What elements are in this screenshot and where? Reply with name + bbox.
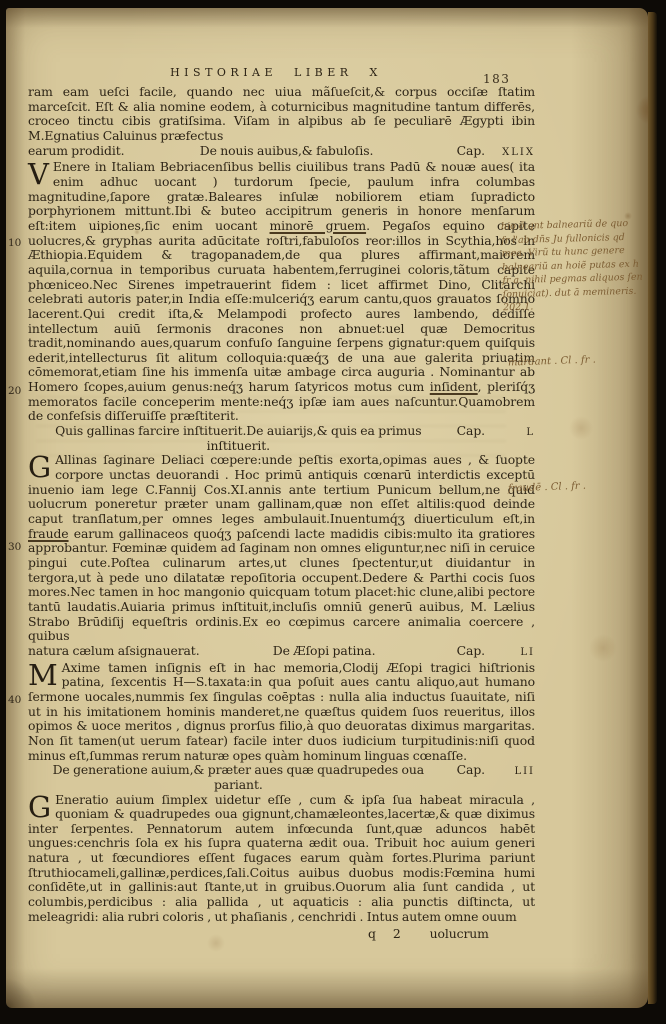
- text-run: ram eam ueſci facile, quando nec uiua mã…: [28, 84, 535, 143]
- text-run: Eneratio auium ſimplex uidetur eſſe , cu…: [28, 792, 535, 924]
- text-run: earum gallinaceos quoq́ʒ paſcendi lacte …: [28, 526, 535, 644]
- drop-cap-initial: G: [28, 453, 55, 481]
- book-fore-edge: [648, 12, 657, 1004]
- chapter-title: Quis gallinas farcire inſtituerit.De aui…: [28, 424, 449, 453]
- marginalia-note-insident: mârdant . Cl . fr .: [508, 354, 596, 368]
- marginalia-note-fraude: fraudē . Cl . fr .: [508, 481, 586, 495]
- chapter-number: L: [499, 426, 535, 441]
- paragraph: ram eam ueſci facile, quando nec uiua mã…: [28, 85, 535, 144]
- chapter-heading-row: natura cælum aſsignauerat.De Æſopi patin…: [28, 644, 535, 661]
- text-run: . Pegaſos equino capite uolucres,& gryph…: [28, 218, 535, 394]
- chapter-cap-label: Cap.: [457, 144, 485, 159]
- paragraph: VEnere in Italiam Bebriacenſibus bellis …: [28, 160, 535, 424]
- underlined-phrase: fraude: [28, 526, 69, 541]
- chapter-heading-row: earum prodidit.De nouis auibus,& fabuloſ…: [28, 144, 535, 161]
- margin-line-number-10: 10: [8, 237, 25, 249]
- chapter-title: De nouis auibus,& fabuloſis.: [124, 144, 448, 159]
- chapter-heading-row: Quis gallinas farcire inſtituerit.De aui…: [28, 424, 535, 453]
- margin-line-number-40: 40: [8, 694, 25, 706]
- chapter-title: De generatione auium,& præter aues quæ q…: [28, 763, 449, 792]
- chapter-heading-row: De generatione auium,& præter aues quæ q…: [28, 763, 535, 792]
- chapter-cap-label: Cap.: [457, 763, 485, 778]
- margin-line-number-20: 20: [8, 385, 25, 397]
- marginalia-note-long: hio ō qnt balneariũ de quo fr l'ab dñs J…: [501, 216, 648, 315]
- signature-mark: q: [368, 927, 376, 942]
- paragraph: MAxime tamen inſignis eſt in hac memoria…: [28, 661, 535, 764]
- paragraph: GAllinas ſaginare Deliaci cœpere:unde pe…: [28, 453, 535, 644]
- paragraph: GEneratio auium ſimplex uidetur eſſe , c…: [28, 793, 535, 925]
- underlined-phrase: minorē gruem: [270, 218, 367, 233]
- signature-row: q2uolucrum: [28, 927, 535, 942]
- drop-cap-initial: V: [28, 160, 53, 188]
- margin-line-number-30: 30: [8, 541, 25, 553]
- chapter-number: LII: [499, 765, 535, 780]
- drop-cap-initial: M: [28, 661, 62, 689]
- paragraph-end-fragment: natura cælum aſsignauerat.: [28, 644, 200, 659]
- text-run: Allinas ſaginare Deliaci cœpere:unde peſ…: [28, 452, 535, 526]
- paragraph-end-fragment: earum prodidit.: [28, 144, 124, 159]
- chapter-title: De Æſopi patina.: [200, 644, 449, 659]
- book-page: HISTORIAE LIBER X 183 10 20 30 40 ram ea…: [6, 8, 648, 1008]
- signature-number: 2: [393, 927, 401, 942]
- chapter-cap-label: Cap.: [457, 644, 485, 659]
- drop-cap-initial: G: [28, 793, 55, 821]
- underlined-phrase: inſident: [430, 379, 478, 394]
- text-body: ram eam ueſci facile, quando nec uiua mã…: [28, 85, 535, 942]
- chapter-number: LI: [499, 646, 535, 661]
- chapter-cap-label: Cap.: [457, 424, 485, 439]
- photo-background: HISTORIAE LIBER X 183 10 20 30 40 ram ea…: [0, 0, 666, 1024]
- text-run: Axime tamen inſignis eſt in hac memoria,…: [28, 660, 535, 763]
- catchword: uolucrum: [430, 927, 489, 942]
- running-title: HISTORIAE LIBER X: [126, 66, 426, 79]
